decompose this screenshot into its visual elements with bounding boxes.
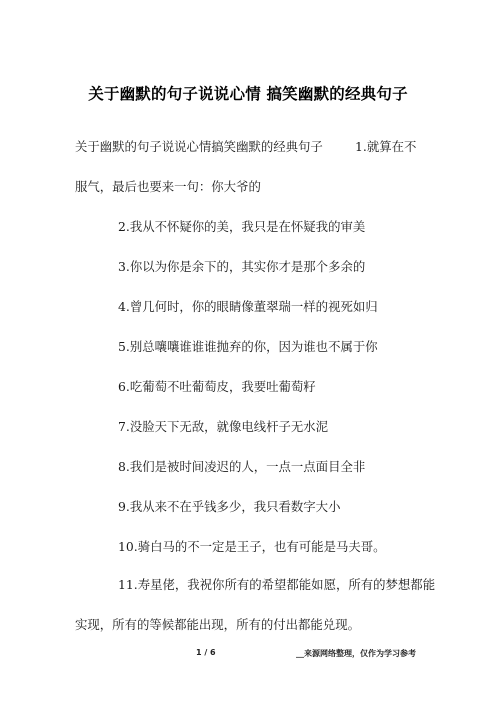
list-item: 5.别总嚷嚷谁谁谁抛弃的你，因为谁也不属于你 <box>118 339 378 355</box>
list-item: 8.我们是被时间凌迟的人，一点一点面目全非 <box>118 459 365 475</box>
intro-line-1-right: 1.就算在不 <box>355 139 416 155</box>
list-item: 6.吃葡萄不吐葡萄皮，我要吐葡萄籽 <box>118 379 316 395</box>
list-item-11-line-2: 实现，所有的等候都能出现，所有的付出都能兑现。 <box>75 617 360 633</box>
document-title: 关于幽默的句子说说心情 搞笑幽默的经典句子 <box>0 82 496 104</box>
intro-line-2: 服气，最后也要来一句：你大爷的 <box>75 179 261 195</box>
list-item: 2.我从不怀疑你的美，我只是在怀疑我的审美 <box>118 219 365 235</box>
list-item-11-line-1: 11.寿星佬，我祝你所有的希望都能如愿，所有的梦想都能 <box>118 577 435 593</box>
list-item: 10.骑白马的不一定是王子，也有可能是马夫哥。 <box>118 539 386 555</box>
page-number: 1 / 6 <box>196 648 216 657</box>
list-item: 4.曾几何时，你的眼睛像董翠瑞一样的视死如归 <box>118 299 378 315</box>
footer-note: __来源网络整理，仅作为学习参考 <box>296 648 416 659</box>
intro-line-1-left: 关于幽默的句子说说心情搞笑幽默的经典句子 <box>75 139 323 155</box>
list-item: 9.我从来不在乎钱多少，我只看数字大小 <box>118 499 340 515</box>
list-item: 7.没脸天下无敌，就像电线杆子无水泥 <box>118 419 328 435</box>
list-item: 3.你以为你是余下的，其实你才是那个多余的 <box>118 259 365 275</box>
